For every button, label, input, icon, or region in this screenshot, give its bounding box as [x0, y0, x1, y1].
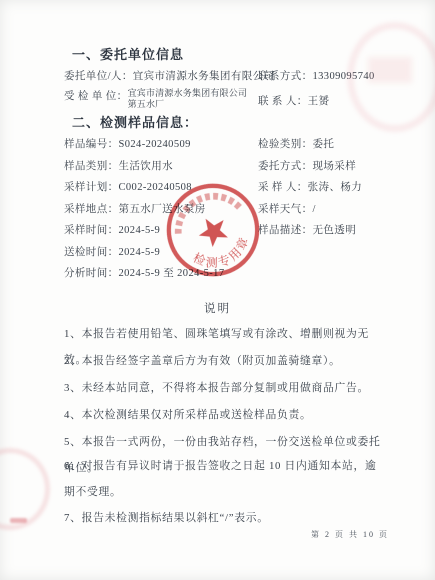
submission-time-value: 2024-5-9 [119, 247, 161, 258]
sample-category-value: 生活饮用水 [119, 161, 174, 172]
field-row-submission-time: 送检时间：2024-5-9 [64, 244, 160, 259]
entrust-method-value: 现场采样 [313, 161, 357, 172]
note-item-7: 7、报告未检测指标结果以斜杠“/”表示。 [64, 505, 386, 531]
contact-person-value: 王赟 [308, 96, 330, 107]
sample-no-label: 样品编号： [64, 139, 119, 150]
note-item-2: 2、本报告经签字盖章后方为有效（附页加盖骑缝章）。 [64, 348, 386, 374]
note-item-6: 6、对报告有异议时请于报告签收之日起 10 日内通知本站，逾期不受理。 [64, 453, 386, 505]
sampler-label: 采 样 人： [258, 182, 308, 193]
inspection-type-label: 检验类别： [258, 139, 313, 150]
contact-person: 联 系 人：王赟 [258, 93, 329, 108]
sampling-time-value: 2024-5-9 [119, 225, 161, 236]
field-row-sampling-time: 采样时间：2024-5-9 样品描述：无色透明 [64, 222, 160, 237]
field-row-sampling-plan: 采样计划：C002-20240508 采 样 人：张涛、杨力 [64, 179, 192, 194]
entrust-method-label: 委托方式： [258, 161, 313, 172]
sampling-weather-label: 采样天气： [258, 204, 313, 215]
sample-category-label: 样品类别： [64, 161, 119, 172]
sampling-location-label: 采样地点： [64, 204, 119, 215]
page-number: 第 2 页 共 10 页 [311, 529, 389, 540]
note-item-4: 4、本次检测结果仅对所采样品或送检样品负责。 [64, 402, 386, 428]
analysis-time-label: 分析时间： [64, 268, 119, 279]
faint-red-mark-bottom-left [10, 518, 27, 523]
note-item-3: 3、未经本站同意，不得将本报告部分复制或用做商品广告。 [64, 375, 386, 401]
report-page: 一、委托单位信息 委托单位/人：宜宾市清源水务集团有限公司 联系方式：13309… [0, 0, 435, 580]
client-label: 委托单位/人： [64, 71, 133, 82]
client-value: 宜宾市清源水务集团有限公司 [133, 71, 275, 82]
section2-title: 二、检测样品信息： [72, 112, 198, 131]
sample-description-value: 无色透明 [313, 225, 357, 236]
stamp-star-icon [193, 211, 232, 250]
field-row-client: 委托单位/人：宜宾市清源水务集团有限公司 联系方式：13309095740 [64, 68, 274, 83]
inspected-unit-value: 宜宾市清源水务集团有限公司第五水厂 [128, 88, 248, 110]
inspected-unit-label: 受 检 单 位： [64, 91, 128, 102]
stamp-top-arc-text-illegible [169, 186, 240, 233]
section1-title: 一、委托单位信息 [72, 44, 184, 63]
inspection-type-value: 委托 [313, 139, 335, 150]
faint-stamp-watermark-top-right [347, 22, 435, 132]
field-row-sample-no: 样品编号：S024-20240509 检验类别：委托 [64, 136, 191, 151]
sample-no-value: S024-20240509 [119, 139, 191, 150]
notes-title: 说明 [0, 300, 435, 316]
sampling-time-label: 采样时间： [64, 225, 119, 236]
sampler-value: 张涛、杨力 [308, 182, 363, 193]
sampling-weather-value: / [313, 204, 316, 215]
field-row-inspected-unit: 受 检 单 位：宜宾市清源水务集团有限公司第五水厂 联 系 人：王赟 [64, 88, 247, 110]
contact-method-label: 联系方式： [258, 71, 313, 82]
contact-person-label: 联 系 人： [258, 96, 308, 107]
field-row-sample-category: 样品类别：生活饮用水 委托方式：现场采样 [64, 158, 173, 173]
sampling-plan-label: 采样计划： [64, 182, 119, 193]
submission-time-label: 送检时间： [64, 247, 119, 258]
